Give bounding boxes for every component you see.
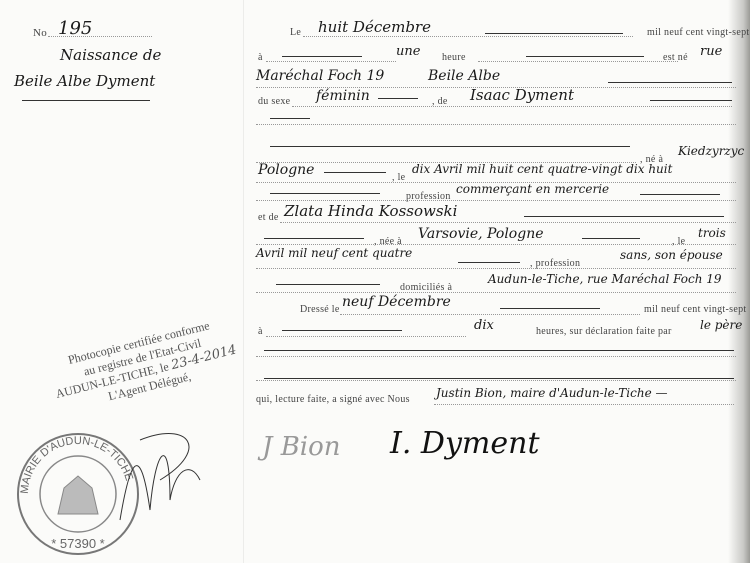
child-name: Beile Albe [428, 68, 500, 84]
printed-text: et de [258, 212, 279, 223]
father-profession: commerçant en mercerie [456, 182, 609, 196]
margin-child-name: Beile Albe Dyment [14, 72, 155, 90]
printed-text: est né [663, 52, 688, 63]
father-signature: I. Dyment [390, 426, 540, 461]
printed-text: profession [406, 191, 451, 202]
agent-signature [110, 420, 220, 540]
mayor-name: Justin Bion, maire d'Audun-le-Tiche — [436, 386, 668, 400]
registration-date: neuf Décembre [342, 294, 451, 310]
printed-text: du sexe [258, 96, 290, 107]
printed-text: heures, sur déclaration faite par [536, 326, 672, 337]
father-birthplace: Kiedzyrzyc [678, 144, 744, 158]
printed-text: mil neuf cent vingt-sept [644, 304, 746, 315]
svg-text:* 57390 *: * 57390 * [51, 536, 105, 551]
declarant: le père [700, 318, 742, 332]
printed-text: , profession [530, 258, 580, 269]
residence: Audun-le-Tiche, rue Maréchal Foch 19 [488, 272, 722, 286]
printed-text: Le [290, 27, 301, 38]
mother-birthplace: Varsovie, Pologne [418, 226, 544, 242]
mother-birthdate: Avril mil neuf cent quatre [256, 246, 412, 260]
mother-profession: sans, son épouse [620, 248, 723, 262]
margin-title: Naissance de [60, 46, 161, 64]
registration-hour: dix [474, 318, 494, 333]
printed-text: , le [672, 236, 685, 247]
margin-divider [243, 0, 244, 563]
printed-text: mil neuf cent vingt-sept [647, 27, 749, 38]
printed-text: à [258, 52, 263, 63]
mother-name: Zlata Hinda Kossowski [284, 202, 457, 220]
printed-text: qui, lecture faite, a signé avec Nous [256, 394, 410, 405]
mother-birthdate-start: trois [698, 226, 726, 240]
father-birthdate: dix Avril mil huit cent quatre-vingt dix… [412, 162, 672, 176]
page-edge-shadow [728, 0, 750, 563]
birth-date: huit Décembre [318, 18, 431, 36]
birth-place-start: rue [700, 44, 722, 59]
father-country: Pologne [258, 162, 314, 178]
birth-address: Maréchal Foch 19 [256, 68, 384, 84]
mayor-signature: J Bion [262, 432, 341, 462]
record-number-label: No [33, 27, 47, 39]
child-sex: féminin [316, 88, 370, 104]
printed-text: , le [392, 172, 405, 183]
certification-stamp: Photocopie certifiée conforme au registr… [40, 312, 249, 419]
record-number: 195 [58, 18, 92, 39]
father-name: Isaac Dyment [470, 86, 574, 104]
printed-text: à [258, 326, 263, 337]
printed-text: Dressé le [300, 304, 340, 315]
printed-text: heure [442, 52, 466, 63]
printed-text: domiciliés à [400, 282, 452, 293]
birth-hour: une [396, 44, 420, 59]
printed-text: , de [432, 96, 448, 107]
